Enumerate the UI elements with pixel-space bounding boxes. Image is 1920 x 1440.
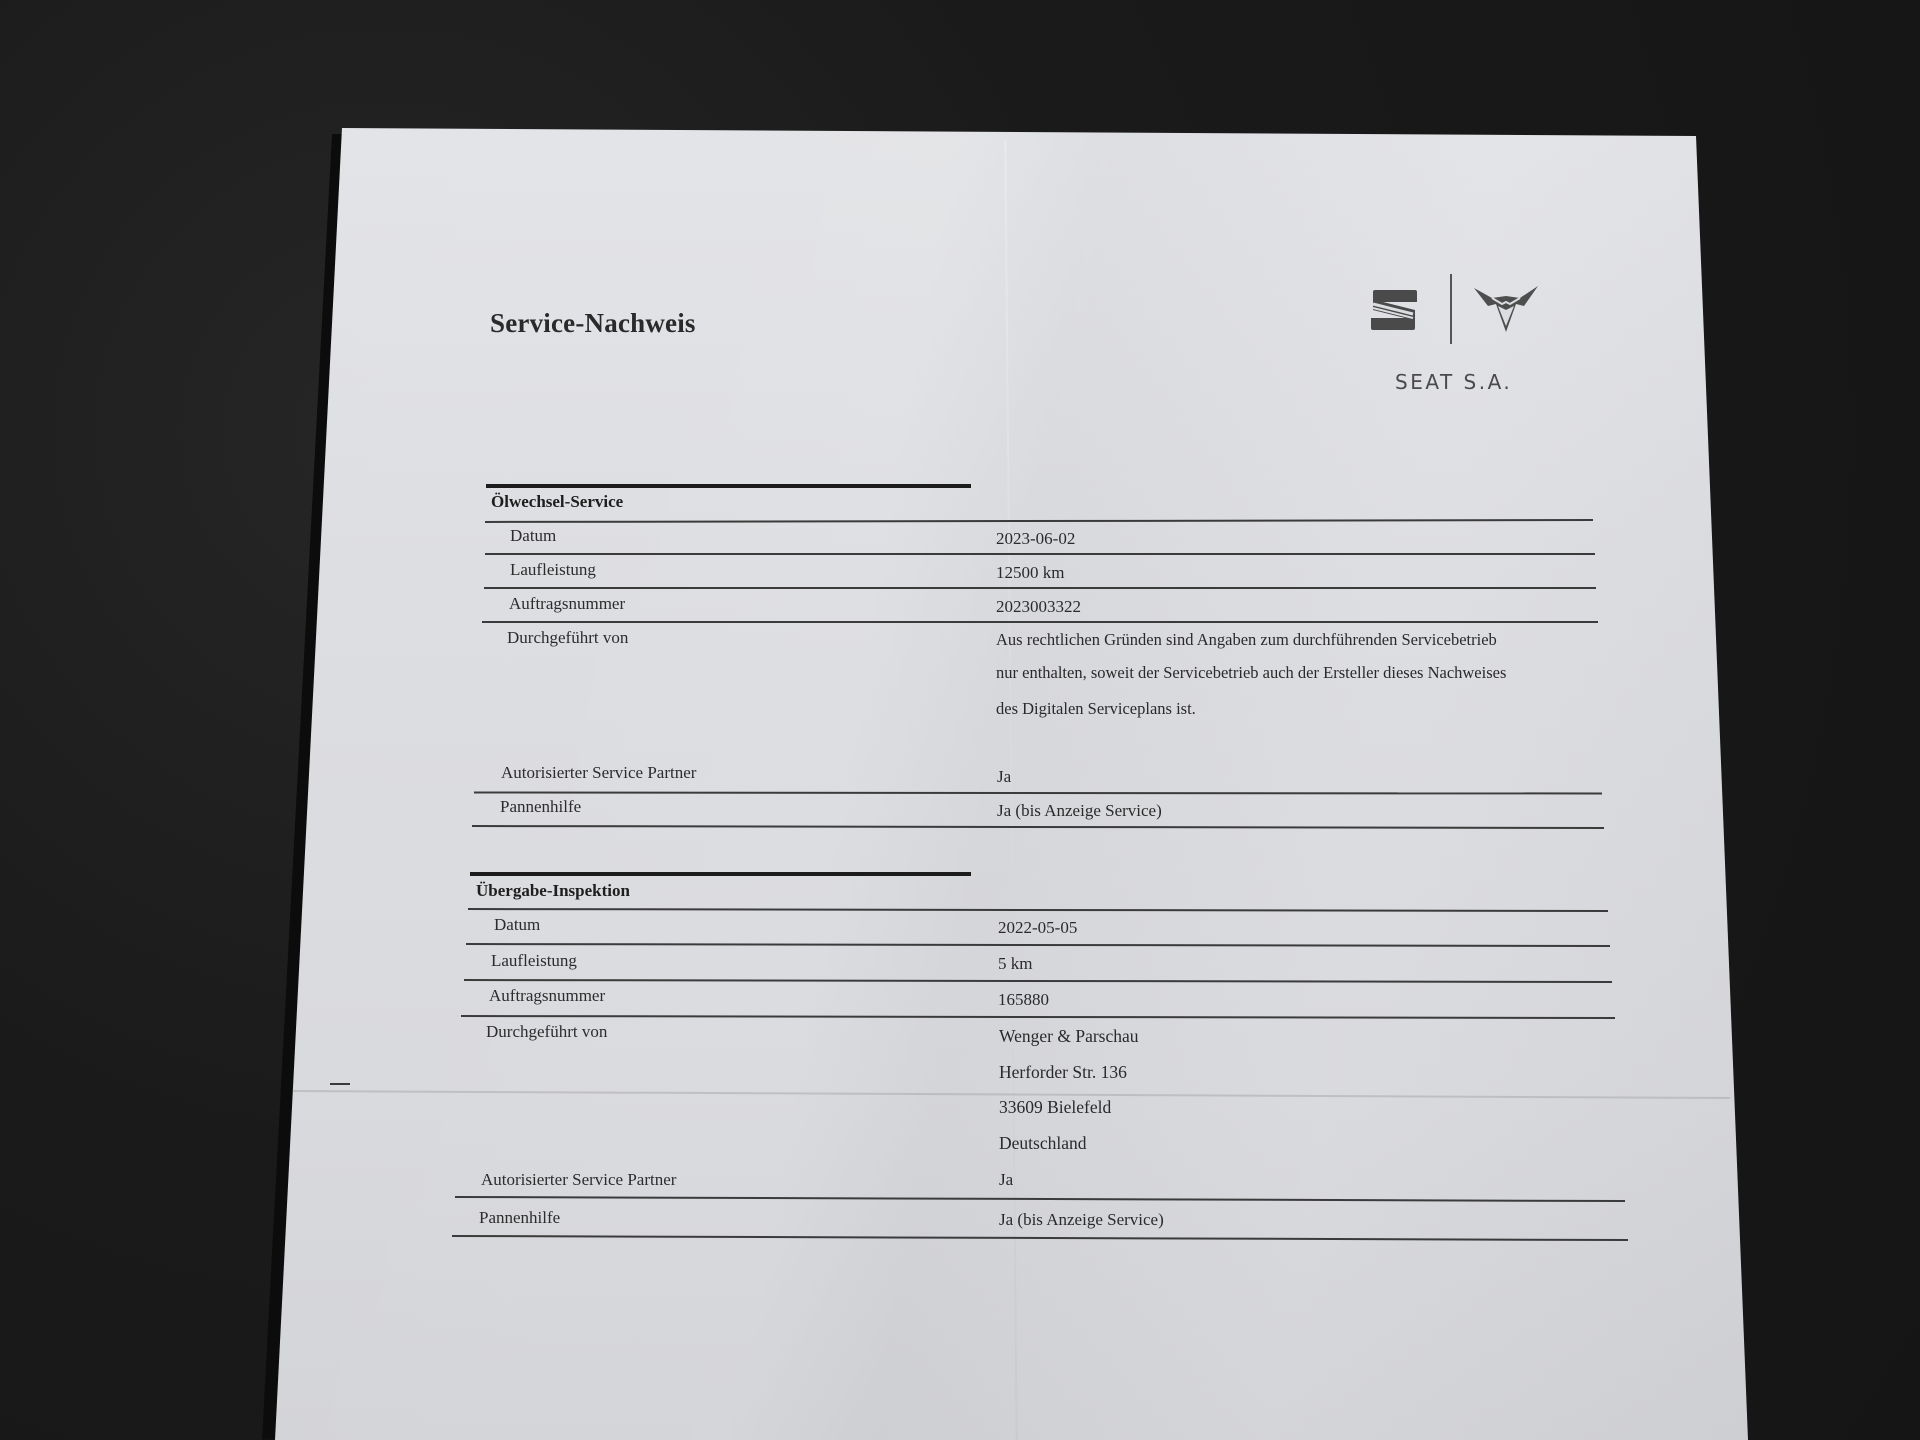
section-title: Ölwechsel-Service [491, 492, 623, 512]
paper-fold-vertical [1004, 140, 1017, 1440]
row-divider [464, 979, 1612, 983]
row-divider [461, 1015, 1615, 1019]
label-autorisierter-service-partner: Autorisierter Service Partner [501, 763, 696, 783]
value-auftragsnummer: 2023003322 [996, 597, 1081, 617]
row-divider [484, 587, 1596, 589]
seat-logo-icon [1369, 288, 1419, 332]
service-partner-country: Deutschland [999, 1133, 1086, 1154]
value-auftragsnummer: 165880 [998, 990, 1049, 1010]
row-divider [455, 1196, 1625, 1202]
document-title: Service-Nachweis [490, 308, 696, 339]
label-datum: Datum [510, 526, 556, 546]
label-pannenhilfe: Pannenhilfe [479, 1208, 560, 1228]
service-partner-name: Wenger & Parschau [999, 1026, 1139, 1047]
company-name: SEAT S.A. [1395, 370, 1512, 394]
logo-divider [1450, 274, 1452, 344]
label-laufleistung: Laufleistung [491, 951, 577, 971]
value-datum: 2023-06-02 [996, 529, 1075, 549]
cupra-logo-icon [1472, 284, 1540, 334]
value-autorisierter-service-partner: Ja [997, 767, 1011, 787]
legal-note-line: nur enthalten, soweit der Servicebetrieb… [996, 663, 1506, 683]
row-divider [466, 943, 1610, 947]
service-partner-city: 33609 Bielefeld [999, 1097, 1111, 1118]
row-divider [485, 553, 1595, 555]
legal-note-line: Aus rechtlichen Gründen sind Angaben zum… [996, 630, 1497, 650]
label-durchgefuehrt-von: Durchgeführt von [507, 628, 628, 648]
value-pannenhilfe: Ja (bis Anzeige Service) [997, 801, 1162, 821]
row-divider [474, 792, 1602, 795]
legal-note-line: des Digitalen Serviceplans ist. [996, 699, 1196, 719]
label-durchgefuehrt-von: Durchgeführt von [486, 1022, 607, 1042]
section-title: Übergabe-Inspektion [476, 881, 630, 901]
label-pannenhilfe: Pannenhilfe [500, 797, 581, 817]
row-divider [472, 825, 1604, 829]
brand-logos: SEAT S.A. [1360, 270, 1600, 400]
label-autorisierter-service-partner: Autorisierter Service Partner [481, 1170, 676, 1190]
service-partner-street: Herforder Str. 136 [999, 1062, 1127, 1083]
section-bar [470, 872, 971, 876]
row-divider [482, 621, 1598, 623]
fold-mark [330, 1083, 350, 1085]
value-pannenhilfe: Ja (bis Anzeige Service) [999, 1210, 1164, 1230]
row-divider [452, 1235, 1628, 1241]
row-divider [468, 908, 1608, 912]
label-auftragsnummer: Auftragsnummer [509, 594, 625, 614]
value-laufleistung: 12500 km [996, 563, 1064, 583]
value-autorisierter-service-partner: Ja [999, 1170, 1013, 1190]
value-datum: 2022-05-05 [998, 918, 1077, 938]
section-bar [486, 484, 971, 488]
value-laufleistung: 5 km [998, 954, 1032, 974]
label-datum: Datum [494, 915, 540, 935]
label-laufleistung: Laufleistung [510, 560, 596, 580]
label-auftragsnummer: Auftragsnummer [489, 986, 605, 1006]
row-divider [485, 519, 1593, 523]
